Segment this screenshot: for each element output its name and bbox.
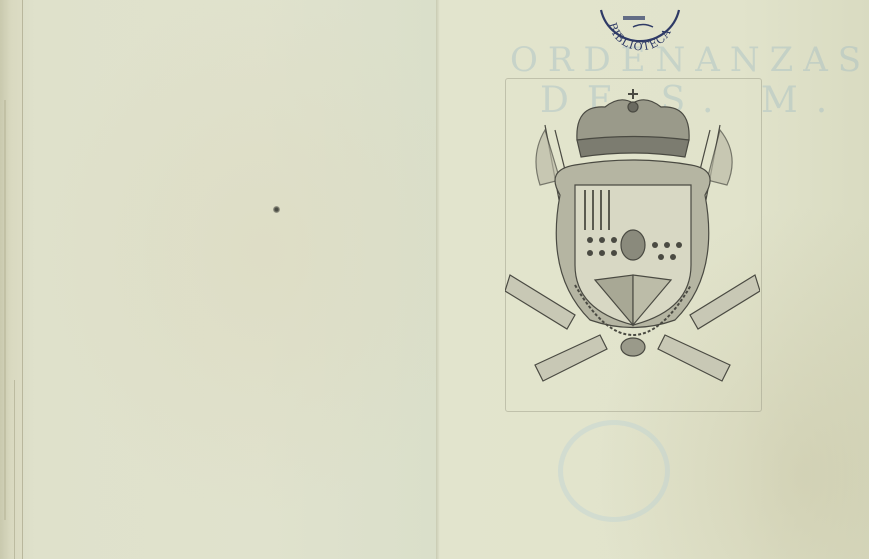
coat-of-arms-engraving	[505, 85, 760, 410]
coat-of-arms-icon	[505, 85, 760, 410]
book-spread: ORDENANZAS DE S. M.	[0, 0, 869, 559]
left-page-torn-edge	[0, 0, 23, 559]
faint-stamp-bleed	[558, 420, 670, 522]
svg-text:BIBLIOTECA: BIBLIOTECA	[606, 21, 674, 52]
left-page	[0, 0, 438, 559]
library-stamp-icon: BIBLIOTECA	[595, 0, 685, 52]
stamp-text: BIBLIOTECA	[606, 21, 674, 52]
library-stamp: BIBLIOTECA	[595, 0, 685, 52]
ink-spot	[273, 206, 280, 213]
bleed-through-title: ORDENANZAS	[510, 40, 869, 80]
